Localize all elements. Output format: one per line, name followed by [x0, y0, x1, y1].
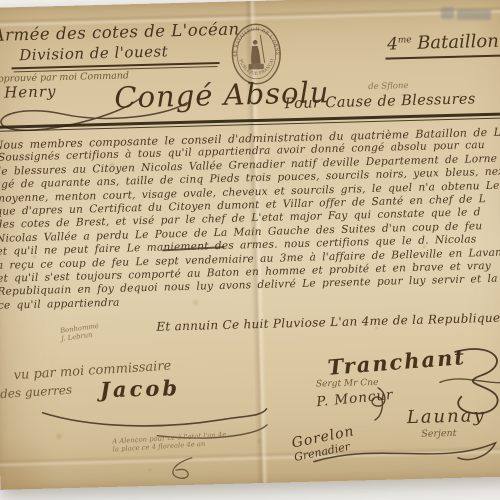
- battalion-number: 4: [387, 34, 398, 54]
- battalion-header: 4me Bataillon: [387, 31, 499, 55]
- army-header: Armée des cotes de L'océan: [0, 19, 240, 44]
- launay-signature: Launay: [407, 405, 486, 428]
- title-insertion: de Sflone: [368, 81, 409, 92]
- battalion-sup: me: [398, 35, 412, 45]
- battalion-word: Bataillon: [417, 31, 499, 54]
- body-text: Nous membres composante le conseil d'adm…: [0, 125, 500, 313]
- commissaire-line2: des guerres: [0, 383, 72, 401]
- council-signature: Bonhommé J. Lebrun: [60, 319, 131, 343]
- photo-watermark-icon: [441, 6, 491, 20]
- battalion-underline: [385, 54, 500, 60]
- note-paraph: [160, 455, 203, 484]
- date-line: Et annuin Ce huit Pluviose L'an 4me de l…: [156, 309, 500, 334]
- auction-photo: Armée des cotes de L'océan Division de l…: [0, 0, 500, 500]
- moncur-paraph: [366, 386, 393, 425]
- division-header: Division de l'ouest: [19, 42, 168, 64]
- document-paper: Armée des cotes de L'océan Division de l…: [0, 0, 500, 490]
